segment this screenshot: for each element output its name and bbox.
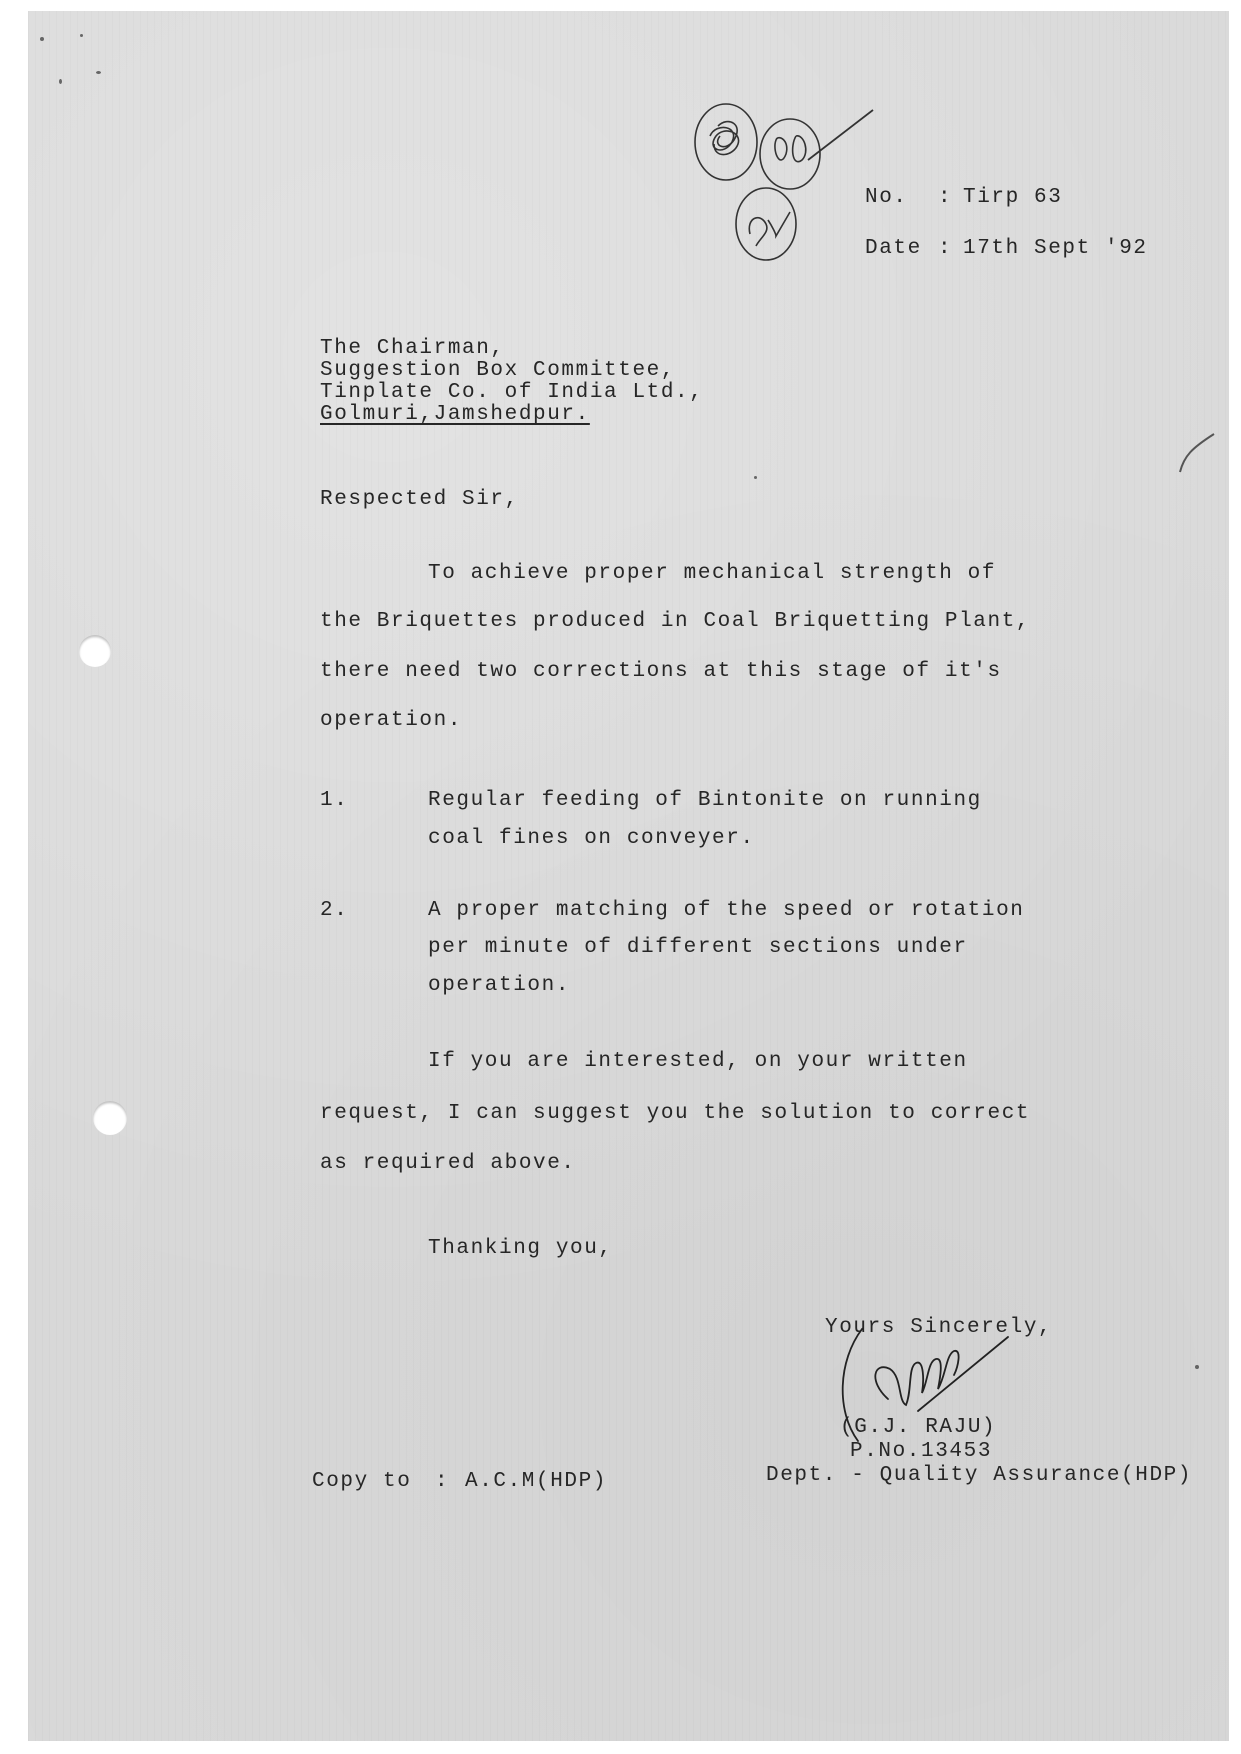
recipient-line-address: Golmuri,Jamshedpur. [320,404,590,425]
paragraph-line: as required above. [320,1153,576,1174]
closing-thanks: Thanking you, [428,1238,613,1259]
speck [59,79,62,84]
list-item-marker: 1. [320,790,348,811]
speck [1195,1365,1199,1369]
punch-hole-bottom [93,1101,127,1135]
speck [754,476,757,479]
paragraph-line: If you are interested, on your written [428,1051,968,1072]
handwritten-circled-numbers [688,96,948,256]
personnel-number: P.No.13453 [850,1441,992,1462]
paragraph-line: operation. [320,710,462,731]
list-item-line: Regular feeding of Bintonite on running [428,790,982,811]
speck [40,37,44,41]
paragraph-line: the Briquettes produced in Coal Briquett… [320,611,1030,632]
copy-to-label: Copy to [312,1471,411,1492]
punch-hole-top [79,635,111,667]
signatory-name: (G.J. RAJU) [840,1417,996,1438]
reference-number-label: No. [865,187,908,208]
list-item-marker: 2. [320,900,348,921]
recipient-line: Tinplate Co. of India Ltd., [320,382,703,403]
paragraph-line: there need two corrections at this stage… [320,661,1002,682]
reference-date-sep: : [938,238,952,259]
paragraph-line: To achieve proper mechanical strength of [428,563,996,584]
list-item-line: A proper matching of the speed or rotati… [428,900,1025,921]
department: Dept. - Quality Assurance(HDP) [766,1465,1192,1486]
list-item-line: operation. [428,975,570,996]
recipient-line: The Chairman, [320,338,505,359]
salutation: Respected Sir, [320,489,519,510]
paragraph-line: request, I can suggest you the solution … [320,1103,1030,1124]
list-item-line: coal fines on conveyer. [428,828,755,849]
reference-date-value: 17th Sept '92 [963,238,1148,259]
copy-to-sep: : [435,1471,449,1492]
list-item-line: per minute of different sections under [428,937,968,958]
letter-page: No. : Tirp 63 Date : 17th Sept '92 The C… [28,11,1229,1741]
speck [96,71,101,74]
pencil-mark [1178,426,1218,476]
speck [80,34,83,37]
reference-number-value: Tirp 63 [963,187,1062,208]
copy-to-value: A.C.M(HDP) [465,1471,607,1492]
reference-number-sep: : [938,187,952,208]
reference-date-label: Date [865,238,922,259]
recipient-line: Suggestion Box Committee, [320,360,675,381]
